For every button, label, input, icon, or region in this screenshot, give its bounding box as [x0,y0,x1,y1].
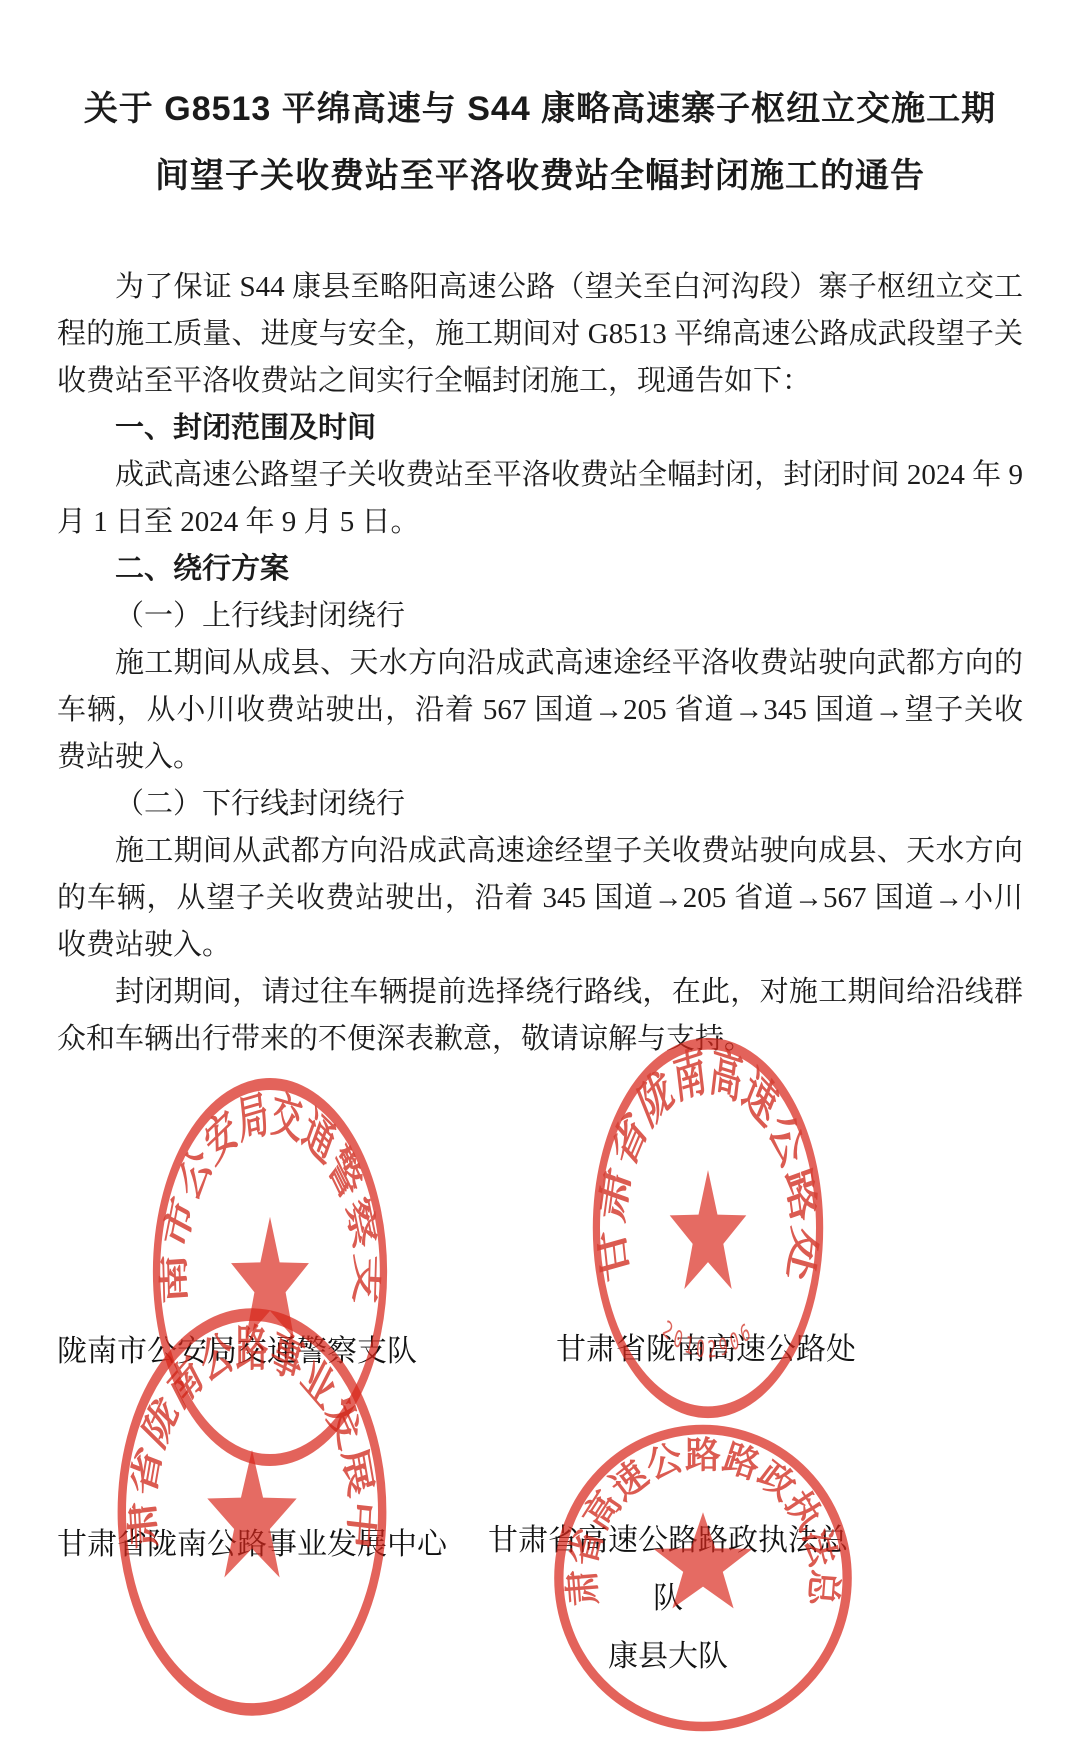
section2-heading: 二、绕行方案 [57,546,1023,593]
subsection1-heading: （一）上行线封闭绕行 [57,593,1023,640]
stamp-seal-expressway-office: 甘肃省陇南高速公路处 6201029062 [588,1032,828,1424]
stamp-seal-enforcement-brigade: 甘肃省高速公路路政执法总队 [548,1420,858,1736]
stamp-seal-highway-center: 甘肃省陇南公路事业发展中心 [112,1302,392,1722]
document-title: 关于 G8513 平绵高速与 S44 康略高速寨子枢纽立交施工期 间望子关收费站… [57,76,1023,210]
subsection1-paragraph: 施工期间从成县、天水方向沿成武高速途经平洛收费站驶向武都方向的车辆，从小川收费站… [57,640,1023,781]
star-icon [670,1170,747,1289]
document-title-line2: 间望子关收费站至平洛收费站全幅封闭施工的通告 [57,143,1023,210]
star-icon [207,1450,296,1578]
document-content: 关于 G8513 平绵高速与 S44 康略高速寨子枢纽立交施工期 间望子关收费站… [0,0,1080,1063]
notice-document-page: 关于 G8513 平绵高速与 S44 康略高速寨子枢纽立交施工期 间望子关收费站… [0,0,1080,1761]
star-icon [654,1512,753,1608]
section1-paragraph: 成武高速公路望子关收费站至平洛收费站全幅封闭，封闭时间 2024 年 9 月 1… [57,452,1023,546]
closing-paragraph: 封闭期间，请过往车辆提前选择绕行路线，在此，对施工期间给沿线群众和车辆出行带来的… [57,969,1023,1063]
subsection2-heading: （二）下行线封闭绕行 [57,781,1023,828]
document-title-line1: 关于 G8513 平绵高速与 S44 康略高速寨子枢纽立交施工期 [57,76,1023,143]
intro-paragraph: 为了保证 S44 康县至略阳高速公路（望关至白河沟段）寨子枢纽立交工程的施工质量… [57,264,1023,405]
section1-heading: 一、封闭范围及时间 [57,405,1023,452]
subsection2-paragraph: 施工期间从武都方向沿成武高速途经望子关收费站驶向成县、天水方向的车辆，从望子关收… [57,828,1023,969]
